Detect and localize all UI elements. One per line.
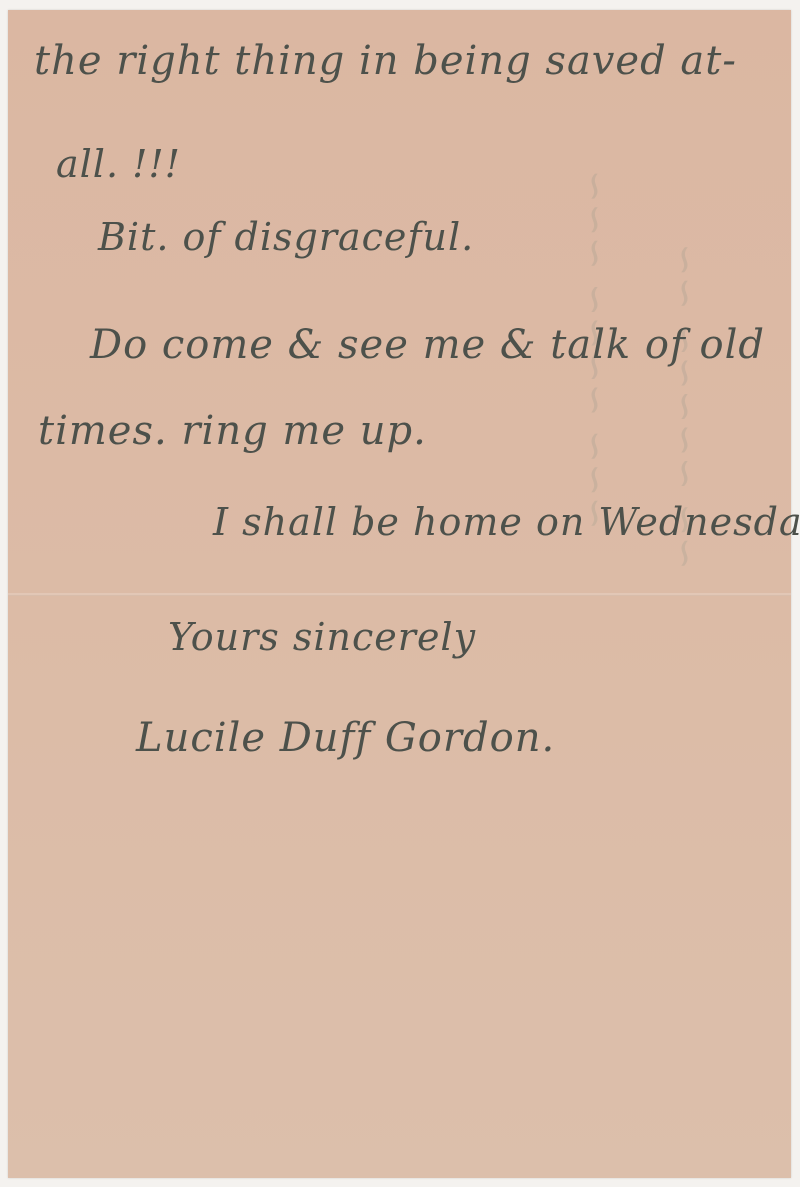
letter-page: ~~~ ~~~~ ~~~ ~~ ~~~~~ ~~ the right thing…: [8, 10, 791, 1178]
letter-line: times. ring me up.: [38, 408, 427, 454]
letter-signature: Lucile Duff Gordon.: [136, 715, 555, 761]
letter-line: I shall be home on Wednesday: [213, 500, 800, 544]
letter-line: Do come & see me & talk of old: [90, 322, 765, 368]
paper-fold-line: [8, 593, 791, 596]
letter-line: the right thing in being saved at-: [34, 38, 737, 84]
letter-line: Bit. of disgraceful.: [98, 215, 474, 259]
letter-closing: Yours sincerely: [168, 615, 476, 659]
letter-line: all. !!!: [56, 142, 181, 186]
